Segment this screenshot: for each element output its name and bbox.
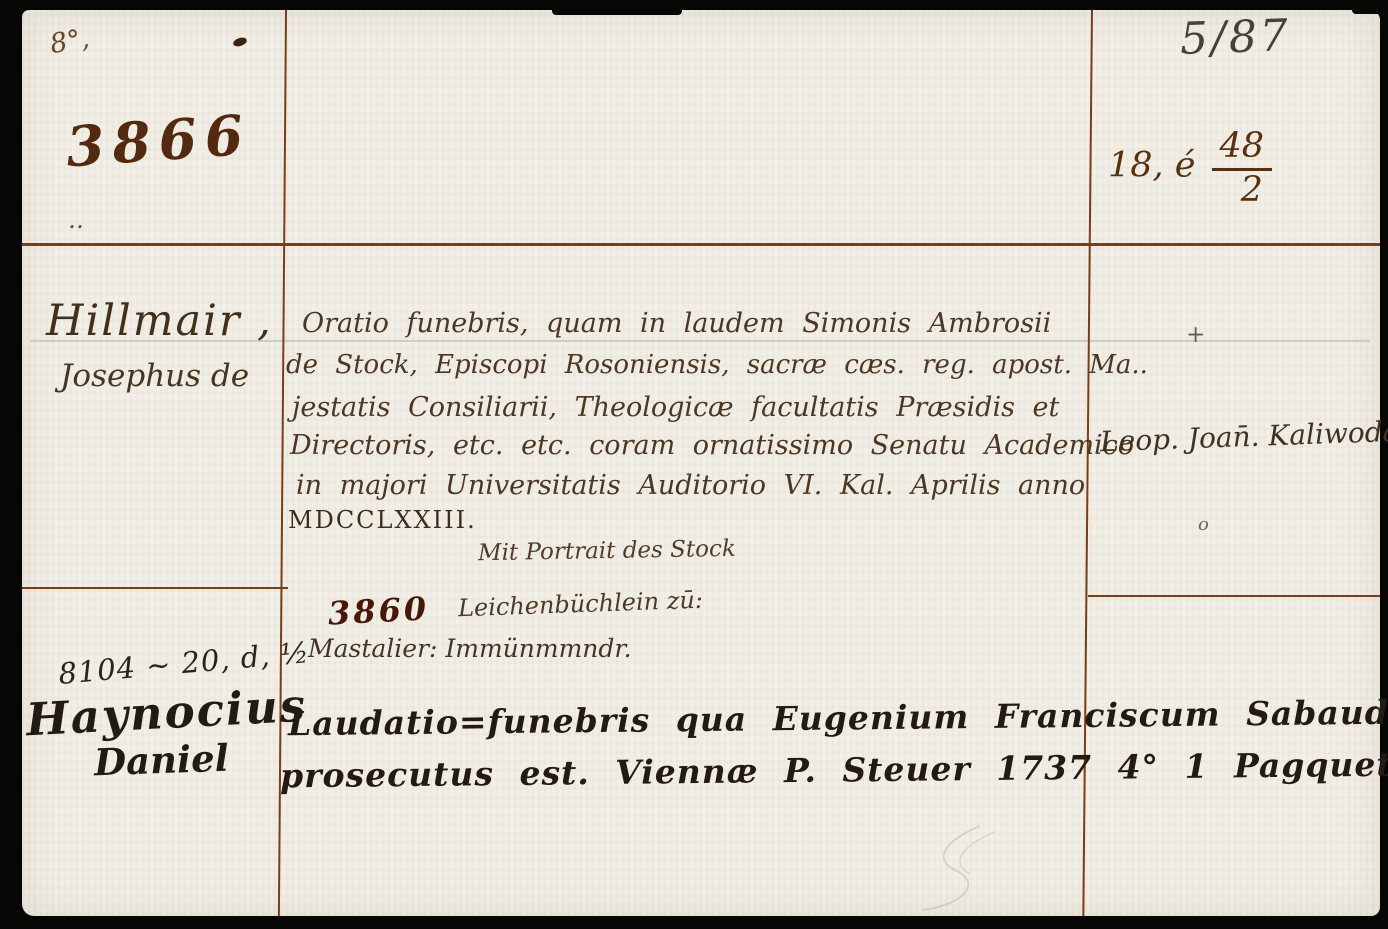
- accession-number: 3866: [64, 102, 253, 180]
- scan-edge-notch: [1352, 6, 1388, 14]
- faint-pencil-sketch: [860, 818, 1030, 918]
- price-prefix: 18, é: [1108, 146, 1196, 186]
- catalog-card-paper: 8°, 3866 ‥ 5/87 18, é482 Hillmair , Jose…: [22, 10, 1380, 916]
- entry1-cross-reference-number: 3860: [327, 589, 430, 632]
- entry1-title-line: Oratio funebris, quam in laudem Simonis …: [302, 308, 1051, 339]
- entry1-author-given-name: Josephus de: [60, 358, 249, 394]
- format-mark-octavo: 8°,: [48, 23, 92, 60]
- rule-horizontal-top: [22, 243, 1380, 246]
- price-note: 18, é482: [1108, 126, 1272, 208]
- entry1-title-line: Directoris, etc. etc. coram ornatissimo …: [290, 430, 1134, 461]
- price-fraction-denominator: 2: [1222, 171, 1283, 208]
- price-fraction: 482: [1212, 126, 1273, 208]
- rule-horizontal-left-mid: [22, 587, 288, 589]
- entry1-title-roman-year: MDCCLXXIII.: [288, 506, 477, 534]
- entry1-cross-reference-note2: Mastalier: Immünmmndr.: [308, 634, 632, 663]
- entry1-author-surname: Hillmair ,: [46, 296, 273, 346]
- entry1-cross-reference-note: Leichenbüchlein zū:: [458, 586, 704, 623]
- pencil-shelfmark: 5/87: [1179, 10, 1292, 65]
- circle-mark: o: [1198, 514, 1209, 535]
- plus-mark: +: [1186, 322, 1205, 348]
- entry2-title-line: prosecutus est. Viennæ P. Steuer 1737 4°…: [280, 744, 1388, 796]
- entry2-author-given-name: Daniel: [93, 736, 229, 785]
- entry2-title-line: Laudatio=funebris qua Eugenium Franciscu…: [288, 692, 1388, 744]
- entry1-title-line: in majori Universitatis Auditorio VI. Ka…: [296, 470, 1085, 501]
- entry1-publisher: Leop. Joan̄. Kaliwoda: [1100, 415, 1388, 458]
- scan-edge-notch: [552, 6, 682, 15]
- entry1-title-line: de Stock, Episcopi Rosoniensis, sacræ cæ…: [286, 350, 1148, 380]
- entry1-german-note: Mit Portrait des Stock: [478, 536, 736, 566]
- price-fraction-numerator: 48: [1212, 126, 1273, 171]
- ink-blot: [232, 36, 248, 48]
- rule-horizontal-right-mid: [1088, 595, 1380, 597]
- entry1-title-line: jestatis Consiliarii, Theologicæ faculta…: [292, 392, 1059, 423]
- small-pen-marks: ‥: [68, 206, 88, 234]
